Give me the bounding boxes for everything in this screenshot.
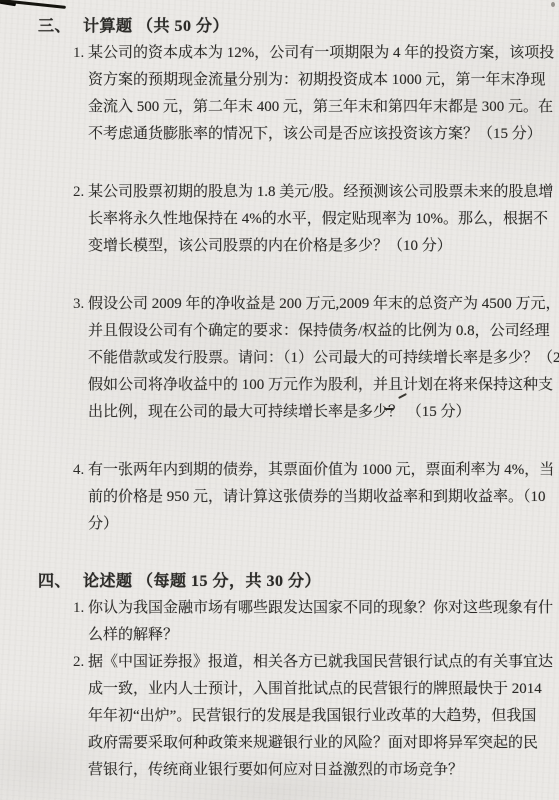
question-line: 前的价格是 950 元，请计算这张债券的当期收益率和到期收益率。（10: [88, 484, 554, 511]
question-line: 你认为我国金融市场有哪些跟发达国家不同的现象？你对这些现象有什: [88, 595, 553, 622]
question-text: 假设公司 2009 年的净收益是 200 万元,2009 年末的总资产为 450…: [88, 291, 559, 426]
exam-section: 四、论述题 （每题 15 分，共 30 分）1.你认为我国金融市场有哪些跟发达国…: [38, 568, 559, 784]
question-number: 2.: [73, 649, 88, 784]
question-list: 1.某公司的资本成本为 12%，公司有一项期限为 4 年的投资方案，该项投资方案…: [73, 40, 559, 538]
section-number: 四、: [38, 568, 83, 595]
question-number: 3.: [73, 291, 88, 426]
question-text: 某公司的资本成本为 12%，公司有一项期限为 4 年的投资方案，该项投资方案的预…: [88, 40, 554, 148]
question-text: 有一张两年内到期的债券，其票面价值为 1000 元，票面利率为 4%，当前的价格…: [88, 457, 554, 538]
question-line: 资方案的预期现金流量分别为：初期投资成本 1000 元，第一年末净现: [88, 67, 554, 94]
question-line: 出比例，现在公司的最大可持续增长率是多少？ （15 分）: [88, 399, 559, 426]
question-number: 1.: [73, 595, 88, 649]
question-line: 年年初“出炉”。民营银行的发展是我国银行业改革的大趋势，但我国: [88, 703, 553, 730]
question-line: 营银行，传统商业银行要如何应对日益激烈的市场竞争？: [88, 757, 553, 784]
question-line: 金流入 500 元，第二年末 400 元，第三年末和第四年末都是 300 元。在: [88, 94, 554, 121]
section-header: 三、计算题 （共 50 分）: [38, 13, 559, 40]
question-number: 2.: [73, 179, 88, 260]
section-header: 四、论述题 （每题 15 分，共 30 分）: [38, 568, 559, 595]
question-line: 成一致，业内人士预计，入围首批试点的民营银行的牌照最快于 2014: [88, 676, 553, 703]
question-line: 假如公司将净收益中的 100 万元作为股利，并且计划在将来保持这种支: [88, 372, 559, 399]
question-line: 分）: [88, 511, 554, 538]
question-number: 1.: [73, 40, 88, 148]
question-line: 有一张两年内到期的债券，其票面价值为 1000 元，票面利率为 4%，当: [88, 457, 554, 484]
scan-artifact-dash: [384, 408, 394, 410]
question-text: 你认为我国金融市场有哪些跟发达国家不同的现象？你对这些现象有什么样的解释？: [88, 595, 553, 649]
question-line: 某公司股票初期的股息为 1.8 美元/股。经预测该公司股票未来的股息增: [88, 179, 553, 206]
question-line: 么样的解释？: [88, 622, 553, 649]
question-line: 某公司的资本成本为 12%，公司有一项期限为 4 年的投资方案，该项投: [88, 40, 554, 67]
question-text: 某公司股票初期的股息为 1.8 美元/股。经预测该公司股票未来的股息增长率将永久…: [88, 179, 553, 260]
exam-page: 三、计算题 （共 50 分）1.某公司的资本成本为 12%，公司有一项期限为 4…: [0, 0, 559, 800]
question-item: 3.假设公司 2009 年的净收益是 200 万元,2009 年末的总资产为 4…: [73, 291, 559, 426]
section-title: 计算题 （共 50 分）: [83, 13, 229, 40]
question-item: 1.你认为我国金融市场有哪些跟发达国家不同的现象？你对这些现象有什么样的解释？: [73, 595, 559, 649]
scan-artifact-speck: [551, 2, 555, 7]
question-item: 1.某公司的资本成本为 12%，公司有一项期限为 4 年的投资方案，该项投资方案…: [73, 40, 559, 148]
question-line: 假设公司 2009 年的净收益是 200 万元,2009 年末的总资产为 450…: [88, 291, 559, 318]
question-line: 变增长模型，该公司股票的内在价格是多少？（10 分）: [88, 233, 553, 260]
question-line: 并且假设公司有个确定的要求：保持债务/权益的比例为 0.8，公司经理: [88, 318, 559, 345]
question-item: 4.有一张两年内到期的债券，其票面价值为 1000 元，票面利率为 4%，当前的…: [73, 457, 559, 538]
question-line: 政府需要采取何种政策来规避银行业的风险？面对即将异军突起的民: [88, 730, 553, 757]
exam-content: 三、计算题 （共 50 分）1.某公司的资本成本为 12%，公司有一项期限为 4…: [38, 13, 559, 784]
exam-section: 三、计算题 （共 50 分）1.某公司的资本成本为 12%，公司有一项期限为 4…: [38, 13, 559, 538]
question-line: 不能借款或发行股票。请问：（1）公司最大的可持续增长率是多少？（2）: [88, 345, 559, 372]
question-text: 据《中国证券报》报道，相关各方已就我国民营银行试点的有关事宜达成一致，业内人士预…: [88, 649, 553, 784]
question-item: 2.据《中国证券报》报道，相关各方已就我国民营银行试点的有关事宜达成一致，业内人…: [73, 649, 559, 784]
question-number: 4.: [73, 457, 88, 538]
section-number: 三、: [38, 13, 83, 40]
question-line: 据《中国证券报》报道，相关各方已就我国民营银行试点的有关事宜达: [88, 649, 553, 676]
question-line: 不考虑通货膨胀率的情况下，该公司是否应该投资该方案？（15 分）: [88, 121, 554, 148]
question-line: 长率将永久性地保持在 4%的水平，假定贴现率为 10%。那么，根据不: [88, 206, 553, 233]
question-item: 2.某公司股票初期的股息为 1.8 美元/股。经预测该公司股票未来的股息增长率将…: [73, 179, 559, 260]
question-list: 1.你认为我国金融市场有哪些跟发达国家不同的现象？你对这些现象有什么样的解释？2…: [73, 595, 559, 784]
section-title: 论述题 （每题 15 分，共 30 分）: [83, 568, 321, 595]
